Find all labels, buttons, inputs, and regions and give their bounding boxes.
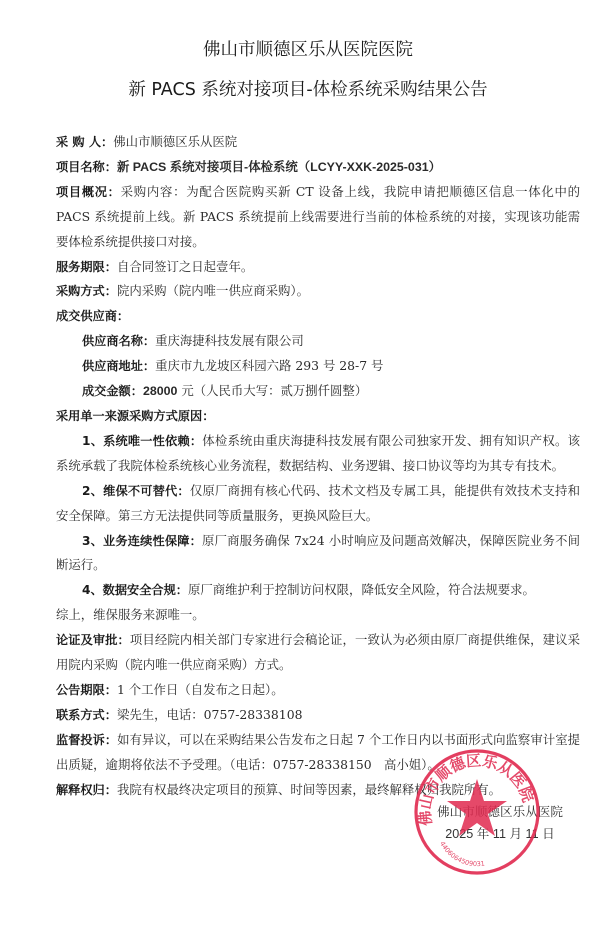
reason-text: 原厂商维护利于控制访问权限，降低安全风险，符合法规要求。: [188, 582, 535, 597]
interpretation-row: 解释权归：我院有权最终决定项目的预算、时间等因素，最终解释权归我院所有。: [56, 778, 580, 803]
announcement-body: 采 购 人：佛山市顺德区乐从医院 项目名称：新 PACS 系统对接项目-体检系统…: [56, 130, 580, 802]
notice-period-value: 1 个工作日（自发布之日起）。: [117, 682, 284, 697]
project-name-label: 项目名称：: [56, 160, 117, 174]
project-name-row: 项目名称：新 PACS 系统对接项目-体检系统（LCYY-XXK-2025-03…: [56, 155, 580, 180]
review-value: 项目经院内相关部门专家进行会稿论证，一致认为必须由原厂商提供维保，建议采用院内采…: [56, 632, 580, 672]
page-title: 新 PACS 系统对接项目-体检系统采购结果公告: [0, 76, 616, 101]
signature-date: 2025 年 11 月 11 日: [420, 823, 580, 845]
reason-item: 3、业务连续性保障：原厂商服务确保 7x24 小时响应及问题高效解决，保障医院业…: [56, 529, 580, 579]
overview-label: 项目概况：: [56, 185, 121, 199]
complaint-row: 监督投诉：如有异议，可以在采购结果公告发布之日起 7 个工作日内以书面形式向监察…: [56, 728, 580, 778]
reasons-heading: 采用单一来源采购方式原因：: [56, 404, 580, 429]
notice-period-label: 公告期限：: [56, 683, 117, 697]
contact-label: 联系方式：: [56, 708, 117, 722]
conclusion: 综上，维保服务来源唯一。: [56, 603, 580, 628]
amount-row: 成交金额：28000 元（人民币大写：贰万捌仟圆整）: [56, 379, 580, 404]
method-label: 采购方式：: [56, 284, 117, 298]
signature-block: 佛山市顺德区乐从医院 2025 年 11 月 11 日: [420, 801, 580, 845]
method-value: 院内采购（院内唯一供应商采购）。: [117, 283, 309, 298]
reason-item: 2、维保不可替代：仅原厂商拥有核心代码、技术文档及专属工具，能提供有效技术支持和…: [56, 479, 580, 529]
supplier-name-value: 重庆海捷科技发展有限公司: [155, 333, 304, 348]
supplier-name-label: 供应商名称：: [82, 334, 155, 348]
overview-row: 项目概况：采购内容：为配合医院购买新 CT 设备上线，我院申请把顺德区信息一体化…: [56, 180, 580, 255]
project-name-value: 新 PACS 系统对接项目-体检系统（LCYY-XXK-2025-031）: [117, 160, 441, 174]
org-title: 佛山市顺德区乐从医院医院: [0, 36, 616, 61]
amount-unit: 元（人民币大写：贰万捌仟圆整）: [177, 383, 367, 398]
service-period-value: 自合同签订之日起壹年。: [117, 259, 253, 274]
review-label: 论证及审批：: [56, 633, 130, 647]
supplier-address-label: 供应商地址：: [82, 359, 155, 373]
supplier-heading: 成交供应商：: [56, 304, 580, 329]
buyer-value: 佛山市顺德区乐从医院: [113, 134, 237, 149]
buyer-row: 采 购 人：佛山市顺德区乐从医院: [56, 130, 580, 155]
amount-label: 成交金额：: [82, 384, 143, 398]
supplier-name-row: 供应商名称：重庆海捷科技发展有限公司: [56, 329, 580, 354]
interpretation-label: 解释权归：: [56, 783, 117, 797]
contact-value: 梁先生，电话：0757-28338108: [117, 707, 303, 722]
reason-label: 2、维保不可替代：: [82, 484, 190, 498]
notice-period-row: 公告期限：1 个工作日（自发布之日起）。: [56, 678, 580, 703]
reason-item: 1、系统唯一性依赖：体检系统由重庆海捷科技发展有限公司独家开发、拥有知识产权。该…: [56, 429, 580, 479]
buyer-label: 采 购 人：: [56, 135, 113, 149]
overview-value: 采购内容：为配合医院购买新 CT 设备上线，我院申请把顺德区信息一体化中的 PA…: [56, 184, 580, 249]
service-period-label: 服务期限：: [56, 260, 117, 274]
review-row: 论证及审批：项目经院内相关部门专家进行会稿论证，一致认为必须由原厂商提供维保，建…: [56, 628, 580, 678]
signature-org: 佛山市顺德区乐从医院: [420, 801, 580, 823]
supplier-address-value: 重庆市九龙坡区科园六路 293 号 28-7 号: [155, 358, 383, 373]
reasons-heading-text: 采用单一来源采购方式原因：: [56, 409, 214, 423]
complaint-label: 监督投诉：: [56, 733, 117, 747]
reason-label: 3、业务连续性保障：: [82, 534, 202, 548]
reason-label: 4、数据安全合规：: [82, 583, 188, 597]
reason-label: 1、系统唯一性依赖：: [82, 434, 202, 448]
complaint-value: 如有异议，可以在采购结果公告发布之日起 7 个工作日内以书面形式向监察审计室提出…: [56, 732, 580, 772]
method-row: 采购方式：院内采购（院内唯一供应商采购）。: [56, 279, 580, 304]
service-period-row: 服务期限：自合同签订之日起壹年。: [56, 255, 580, 280]
supplier-heading-text: 成交供应商：: [56, 309, 129, 323]
supplier-address-row: 供应商地址：重庆市九龙坡区科园六路 293 号 28-7 号: [56, 354, 580, 379]
amount-value: 28000: [143, 384, 177, 398]
interpretation-value: 我院有权最终决定项目的预算、时间等因素，最终解释权归我院所有。: [117, 782, 501, 797]
reason-item: 4、数据安全合规：原厂商维护利于控制访问权限，降低安全风险，符合法规要求。: [56, 578, 580, 603]
contact-row: 联系方式：梁先生，电话：0757-28338108: [56, 703, 580, 728]
